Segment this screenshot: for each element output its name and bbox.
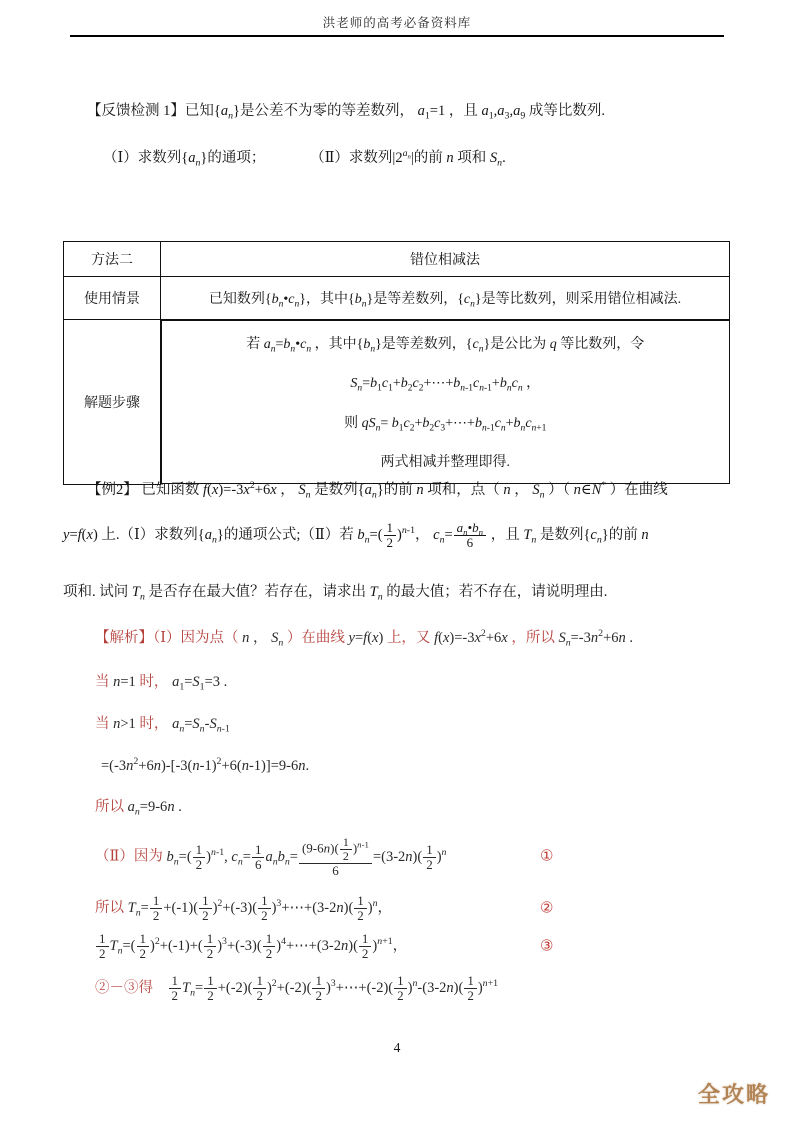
- table-cell-usage: 已知数列{bn•cn}，其中{bn}是等差数列，{cn}是等比数列，则采用错位相…: [161, 277, 730, 320]
- text-segment: an=Sn-Sn-1: [172, 716, 230, 732]
- method-table: 方法二 错位相减法 使用情景 已知数列{bn•cn}，其中{bn}是等差数列，{…: [63, 241, 730, 485]
- page-number: 4: [0, 1040, 794, 1056]
- text-segment: Sn=-3n2+6n .: [558, 630, 633, 646]
- example2-line3: 项和. 试问 Tn 是否存在最大值？若存在，请求出 Tn 的最大值；若不存在，请…: [63, 581, 739, 603]
- table-row-method: 方法二 错位相减法: [64, 242, 730, 277]
- feedback-part-two: （Ⅱ）求数列|2an|的前 n 项和 Sn.: [317, 150, 505, 166]
- text-segment: ，所以: [508, 630, 559, 646]
- solution-line-4: =(-3n2+6n)-[-3(n-1)2+6(n-1)]=9-6n.: [63, 755, 777, 777]
- text-segment: an=9-6n .: [128, 799, 182, 815]
- text-segment: n>1: [113, 716, 136, 732]
- text-segment: =(-3n2+6n)-[-3(n-1)2+6(n-1)]=9-6n.: [101, 758, 309, 774]
- watermark: 全攻略: [698, 1078, 770, 1109]
- table-row-steps: 解题步骤 若 an=bn•cn ，其中{bn}是等差数列，{cn}是公比为 q …: [64, 320, 730, 485]
- text-segment: f(x)=-3x2+6x: [434, 630, 508, 646]
- text-segment: 【解析】（Ⅰ）因为点（: [95, 630, 242, 646]
- steps-line-2: Sn=b1c1+b2c2+⋯+bn-1cn-1+bncn ，: [168, 372, 723, 392]
- table-cell-steps: 若 an=bn•cn ，其中{bn}是等差数列，{cn}是公比为 q 等比数列，…: [161, 320, 730, 484]
- text-segment: a1=S1=3 .: [172, 674, 227, 690]
- text-segment: 时，: [136, 716, 172, 732]
- steps-line-1: 若 an=bn•cn ，其中{bn}是等差数列，{cn}是公比为 q 等比数列，…: [168, 333, 723, 353]
- text-segment: 12Tn=12+(-2)(12)2+(-2)(12)3+⋯+(-2)(12)n-…: [168, 980, 499, 996]
- table-label-method: 方法二: [64, 242, 161, 277]
- solution-equation-2: 所以 Tn=12+(-1)(12)2+(-3)(12)3+⋯+(3-2n)(12…: [63, 894, 771, 924]
- example2-line2: y=f(x) 上.（Ⅰ）求数列{an}的通项公式;（Ⅱ）若 bn=(12)n-1…: [63, 521, 739, 551]
- example2-line1: 【例2】 已知函数 f(x)=-3x2+6x ， Sn 是数列{an}的前 n …: [63, 479, 763, 501]
- equation-tag: ②: [540, 897, 553, 920]
- text-segment: n=1: [113, 674, 136, 690]
- feedback-part-one: （Ⅰ）求数列{an}的通项；: [103, 150, 265, 166]
- table-label-usage: 使用情景: [64, 277, 161, 320]
- solution-equation-1: （Ⅱ）因为 bn=(12)n-1, cn=16anbn=(9-6n)(12)n-…: [63, 836, 771, 879]
- text-segment: 上，又: [383, 630, 434, 646]
- solution-line-2: 当 n=1 时， a1=S1=3 .: [63, 671, 771, 693]
- solution-line-3: 当 n>1 时， an=Sn-Sn-1: [63, 713, 771, 735]
- solution-equation-3: 12Tn=(12)2+(-1)+(12)3+(-3)(12)4+⋯+(3-2n)…: [63, 932, 771, 962]
- text-segment: 所以: [95, 900, 128, 916]
- equation-tag: ③: [540, 935, 553, 958]
- text-segment: ）在曲线: [283, 630, 348, 646]
- text-segment: bn=(12)n-1, cn=16anbn=(9-6n)(12)n-16=(3-…: [166, 849, 446, 865]
- header-title: 洪老师的高考必备资料库: [0, 13, 794, 31]
- solution-line-1: 【解析】（Ⅰ）因为点（ n ， Sn ）在曲线 y=f(x) 上，又 f(x)=…: [63, 627, 771, 649]
- text-segment: n ， Sn: [242, 630, 283, 646]
- table-cell-method-name: 错位相减法: [161, 242, 730, 277]
- equation-tag: ①: [540, 846, 553, 869]
- text-segment: Tn=12+(-1)(12)2+(-3)(12)3+⋯+(3-2n)(12)n，: [128, 900, 392, 916]
- feedback-problem-line1: 【反馈检测 1】已知{an}是公差不为零的等差数列， a1=1 ，且 a1,a3…: [63, 100, 763, 122]
- text-segment: 所以: [95, 799, 128, 815]
- text-segment: 时，: [136, 674, 172, 690]
- text-segment: ②－③得: [95, 980, 168, 996]
- text-segment: 当: [95, 674, 113, 690]
- header-rule: [70, 35, 724, 37]
- table-label-steps: 解题步骤: [64, 320, 161, 485]
- solution-line-5: 所以 an=9-6n .: [63, 796, 771, 818]
- steps-line-3: 则 qSn= b1c2+b2c3+⋯+bn-1cn+bncn+1: [168, 412, 723, 432]
- text-segment: 当: [95, 716, 113, 732]
- steps-line-4: 两式相减并整理即得.: [168, 451, 723, 471]
- text-segment: y=f(x): [349, 630, 384, 646]
- document-page: 洪老师的高考必备资料库 【反馈检测 1】已知{an}是公差不为零的等差数列， a…: [0, 0, 794, 1123]
- table-row-usage: 使用情景 已知数列{bn•cn}，其中{bn}是等差数列，{cn}是等比数列，则…: [64, 277, 730, 320]
- solution-equation-4: ②－③得 12Tn=12+(-2)(12)2+(-2)(12)3+⋯+(-2)(…: [63, 974, 771, 1004]
- text-segment: （Ⅱ）因为: [95, 849, 166, 865]
- text-segment: 12Tn=(12)2+(-1)+(12)3+(-3)(12)4+⋯+(3-2n)…: [95, 938, 407, 954]
- feedback-problem-line2: （Ⅰ）求数列{an}的通项；（Ⅱ）求数列|2an|的前 n 项和 Sn.: [63, 147, 779, 169]
